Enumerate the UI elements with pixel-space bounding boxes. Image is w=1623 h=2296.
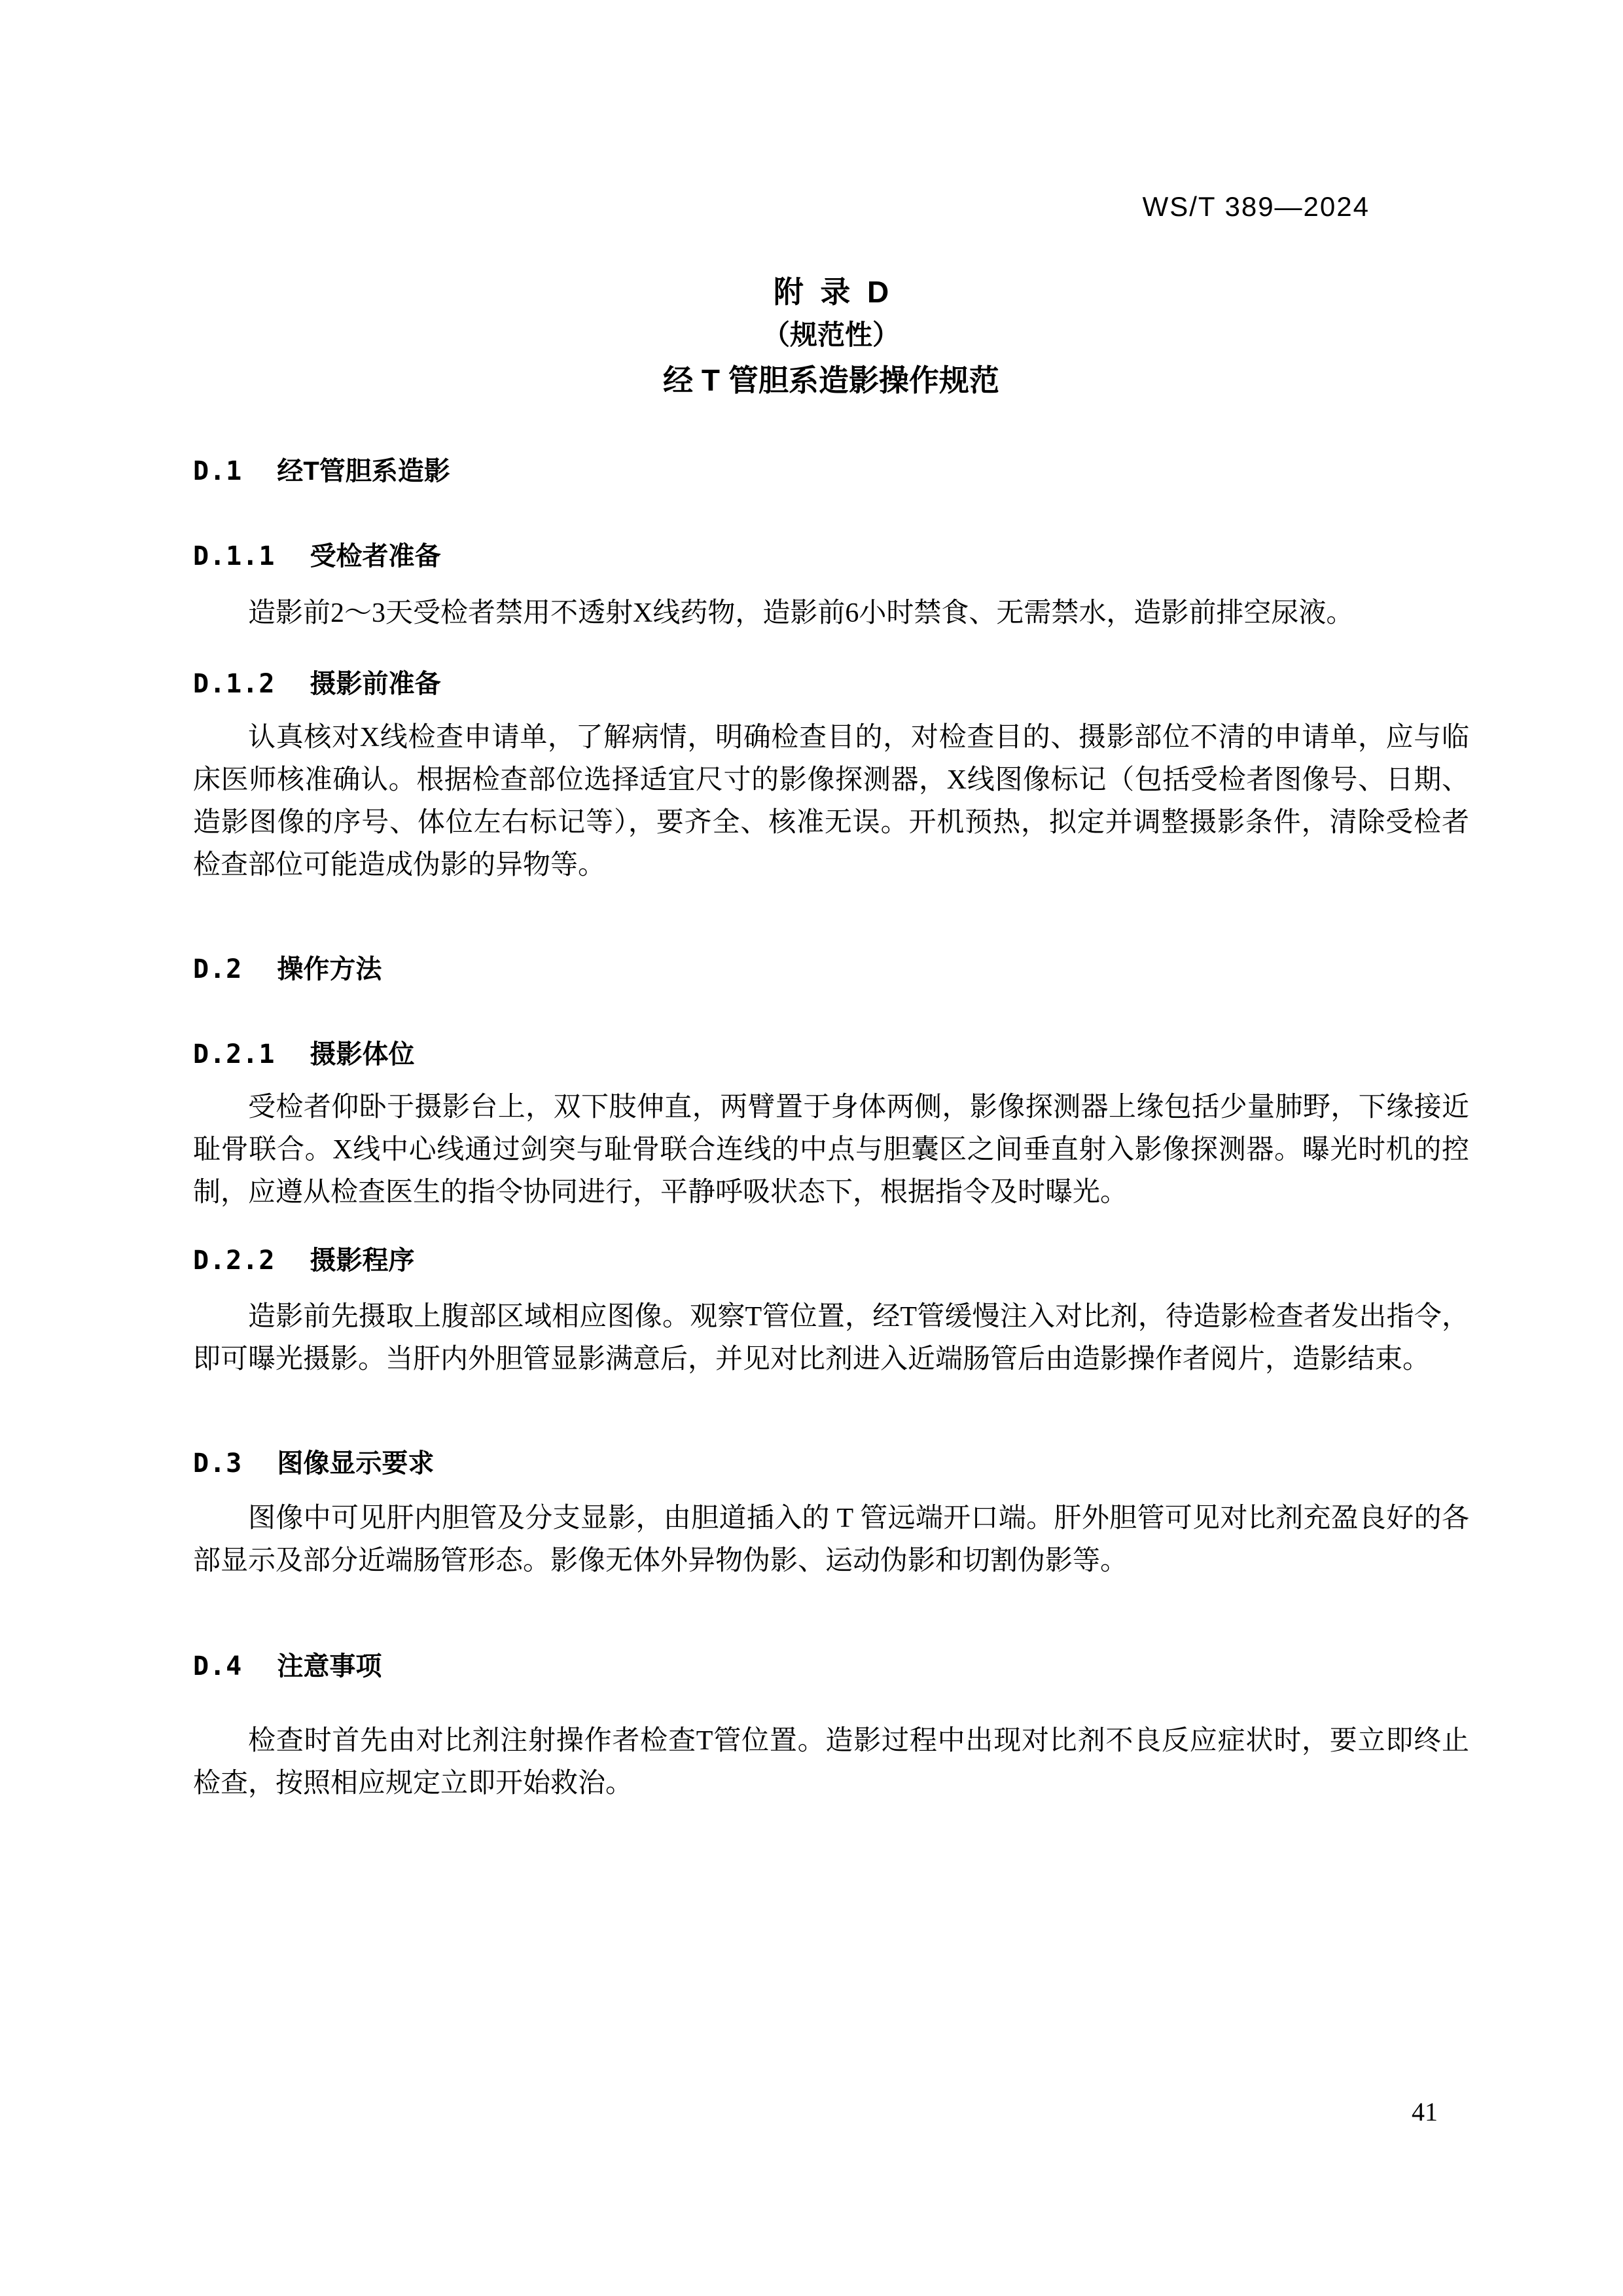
- section-number-d2: D.2: [193, 954, 242, 984]
- section-title-d11: 受检者准备: [310, 542, 441, 571]
- appendix-subject-title: 经 T 管胆系造影操作规范: [193, 357, 1469, 400]
- section-number-d22: D.2.2: [193, 1246, 275, 1276]
- section-heading-d2: D.2 操作方法: [193, 948, 1469, 986]
- section-number-d21: D.2.1: [193, 1039, 275, 1069]
- section-number-d4: D.4: [193, 1651, 242, 1681]
- section-number-d1: D.1: [193, 456, 242, 486]
- section-heading-d12: D.1.2 摄影前准备: [193, 663, 1469, 700]
- section-heading-d3: D.3 图像显示要求: [193, 1443, 1469, 1480]
- section-title-d4: 注意事项: [277, 1652, 382, 1681]
- paragraph-d11: 造影前2～3天受检者禁用不透射X线药物，造影前6小时禁食、无需禁水，造影前排空尿…: [193, 592, 1469, 635]
- section-heading-d11: D.1.1 受检者准备: [193, 535, 1469, 573]
- section-number-d3: D.3: [193, 1448, 242, 1479]
- appendix-normative-label: （规范性）: [193, 314, 1469, 353]
- page-number: 41: [1412, 2096, 1438, 2127]
- section-heading-d4: D.4 注意事项: [193, 1645, 1469, 1683]
- section-heading-d21: D.2.1 摄影体位: [193, 1033, 1469, 1071]
- section-title-d3: 图像显示要求: [277, 1449, 434, 1478]
- section-number-d11: D.1.1: [193, 541, 275, 571]
- section-title-d12: 摄影前准备: [310, 670, 441, 698]
- paragraph-d21: 受检者仰卧于摄影台上，双下肢伸直，两臂置于身体两侧，影像探测器上缘包括少量肺野，…: [193, 1086, 1469, 1214]
- paragraph-d22: 造影前先摄取上腹部区域相应图像。观察T管位置，经T管缓慢注入对比剂，待造影检查者…: [193, 1296, 1469, 1381]
- section-title-d22: 摄影程序: [310, 1246, 415, 1275]
- document-page: WS/T 389—2024 附 录 D （规范性） 经 T 管胆系造影操作规范 …: [0, 0, 1623, 2296]
- section-title-d2: 操作方法: [277, 955, 382, 984]
- section-title-d21: 摄影体位: [310, 1040, 415, 1069]
- paragraph-d4: 检查时首先由对比剂注射操作者检查T管位置。造影过程中出现对比剂不良反应症状时，要…: [193, 1720, 1469, 1805]
- paragraph-d3: 图像中可见肝内胆管及分支显影，由胆道插入的 T 管远端开口端。肝外胆管可见对比剂…: [193, 1498, 1469, 1583]
- section-title-d1: 经T管胆系造影: [277, 457, 450, 486]
- section-number-d12: D.1.2: [193, 669, 275, 699]
- paragraph-d12: 认真核对X线检查申请单，了解病情，明确检查目的，对检查目的、摄影部位不清的申请单…: [193, 717, 1469, 887]
- section-heading-d1: D.1 经T管胆系造影: [193, 450, 1469, 488]
- appendix-title: 附 录 D: [193, 268, 1469, 312]
- section-heading-d22: D.2.2 摄影程序: [193, 1240, 1469, 1277]
- content-area: 附 录 D （规范性） 经 T 管胆系造影操作规范 D.1 经T管胆系造影 D.…: [193, 0, 1469, 2296]
